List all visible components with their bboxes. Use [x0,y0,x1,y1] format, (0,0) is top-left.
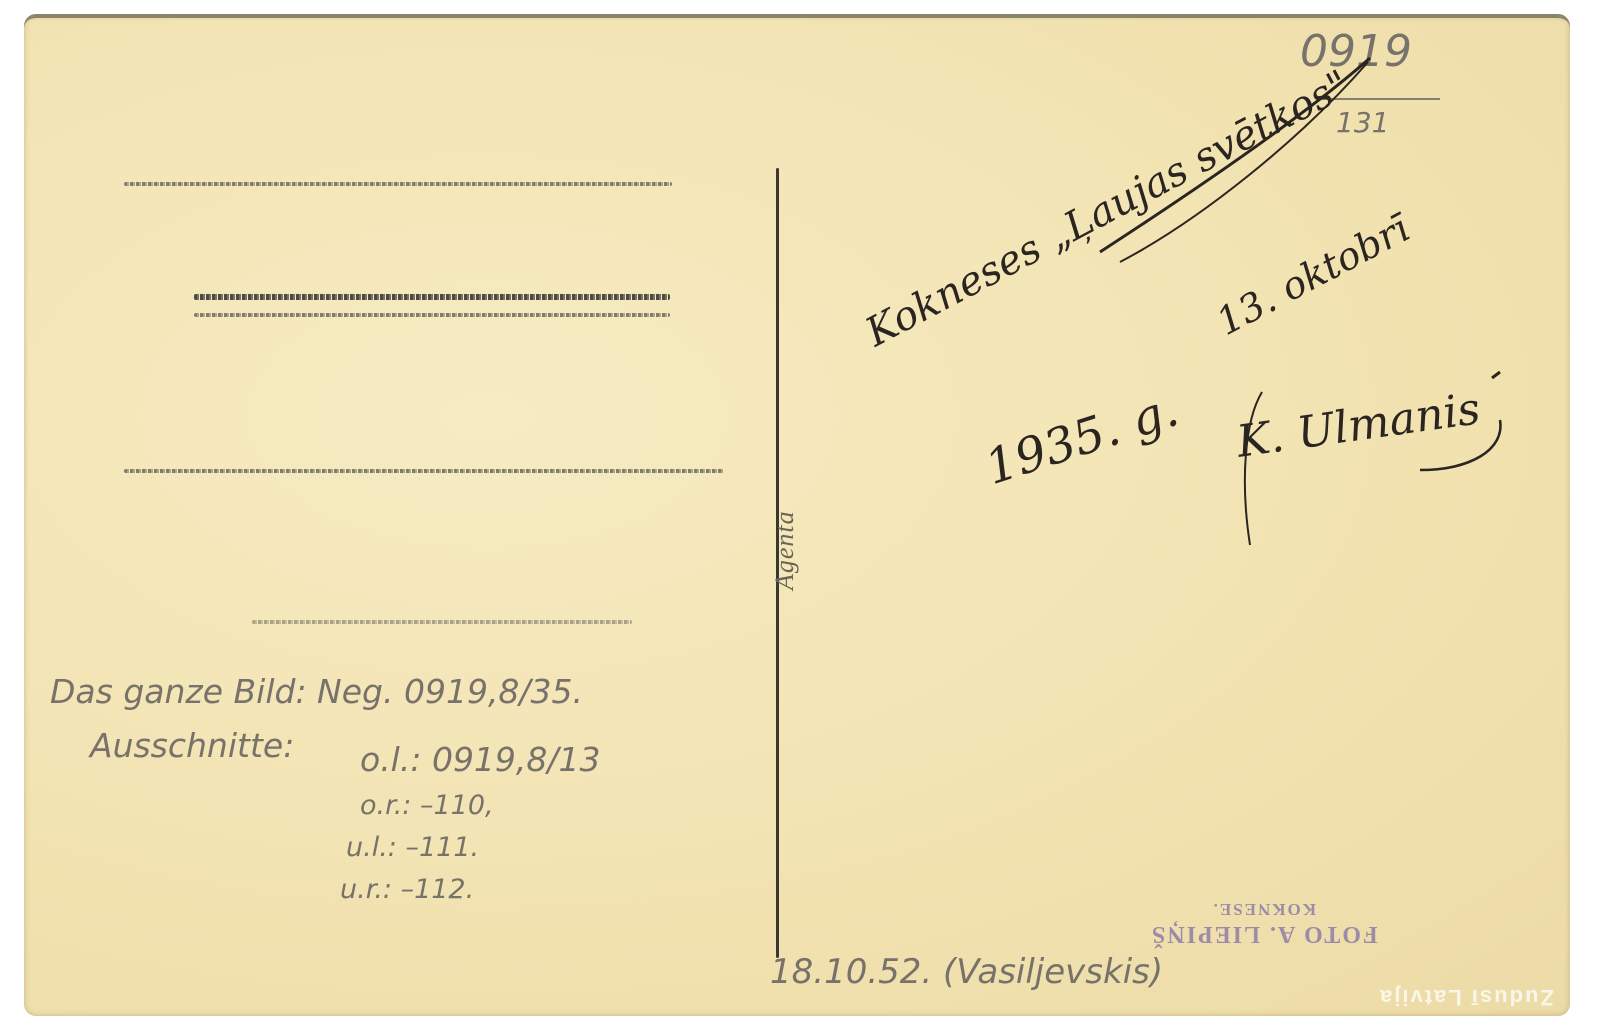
note-crop-top-right: o.r.: –110, [360,790,494,821]
note-whole-image: Das ganze Bild: Neg. 0919,8/35. [50,672,583,711]
note-crops-label: Ausschnitte: [90,726,294,765]
photographer-stamp: FOTO A. LIEPIŅŠ KOKNESE. [1150,900,1378,947]
ink-strokes [0,0,1600,1028]
note-crop-bottom-left: u.l.: –111. [346,832,479,863]
footer-note: 18.10.52. (Vasiljevskis) [770,952,1163,992]
note-crop-top-left: o.l.: 0919,8/13 [360,740,601,779]
note-crop-bottom-right: u.r.: –112. [340,874,474,905]
stamp-line-2: KOKNESE. [1150,900,1378,920]
watermark: Zudusī Latvija [1378,984,1554,1010]
stamp-line-1: FOTO A. LIEPIŅŠ [1150,920,1378,948]
